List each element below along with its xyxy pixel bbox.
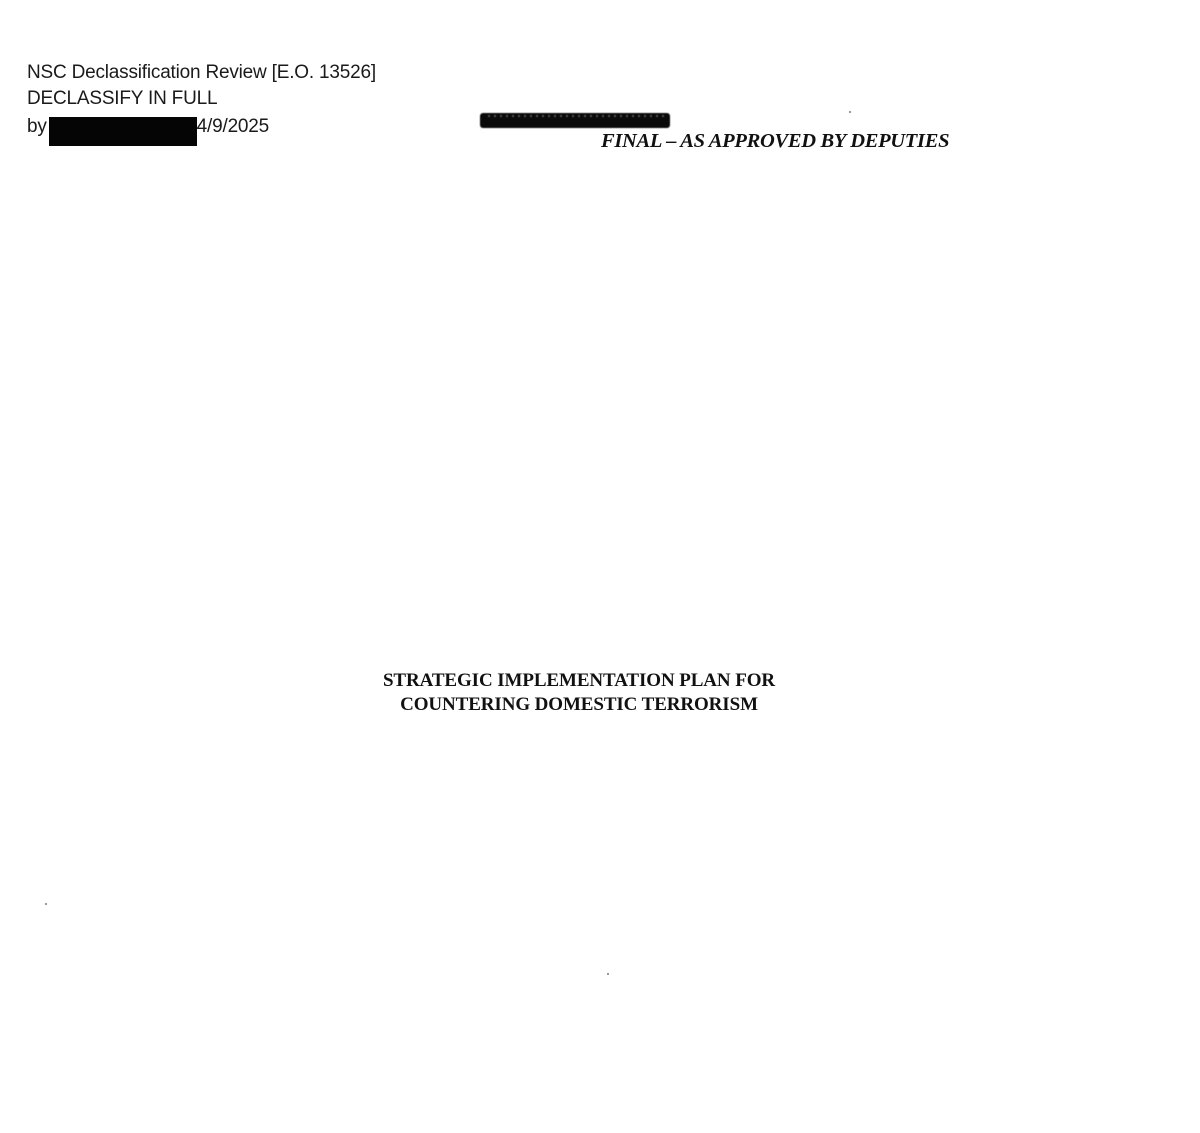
struck-classification-marking: [480, 113, 670, 128]
document-status-header: FINAL – AS APPROVED BY DEPUTIES: [601, 130, 949, 153]
review-authority: NSC Declassification Review [E.O. 13526]: [27, 60, 376, 86]
declassify-status: DECLASSIFY IN FULL: [27, 86, 376, 112]
document-title: STRATEGIC IMPLEMENTATION PLAN FOR COUNTE…: [0, 669, 1158, 717]
declassification-stamp: NSC Declassification Review [E.O. 13526]…: [27, 60, 376, 141]
review-date: 4/9/2025: [197, 114, 269, 140]
reviewer-redaction: [49, 117, 197, 146]
scan-speck: [849, 111, 851, 113]
scan-speck: [607, 973, 609, 975]
title-line-2: COUNTERING DOMESTIC TERRORISM: [0, 693, 1158, 717]
by-label: by: [27, 114, 47, 140]
title-line-1: STRATEGIC IMPLEMENTATION PLAN FOR: [0, 669, 1158, 693]
scan-speck: [45, 903, 47, 905]
reviewer-row: by 4/9/2025: [27, 112, 376, 141]
